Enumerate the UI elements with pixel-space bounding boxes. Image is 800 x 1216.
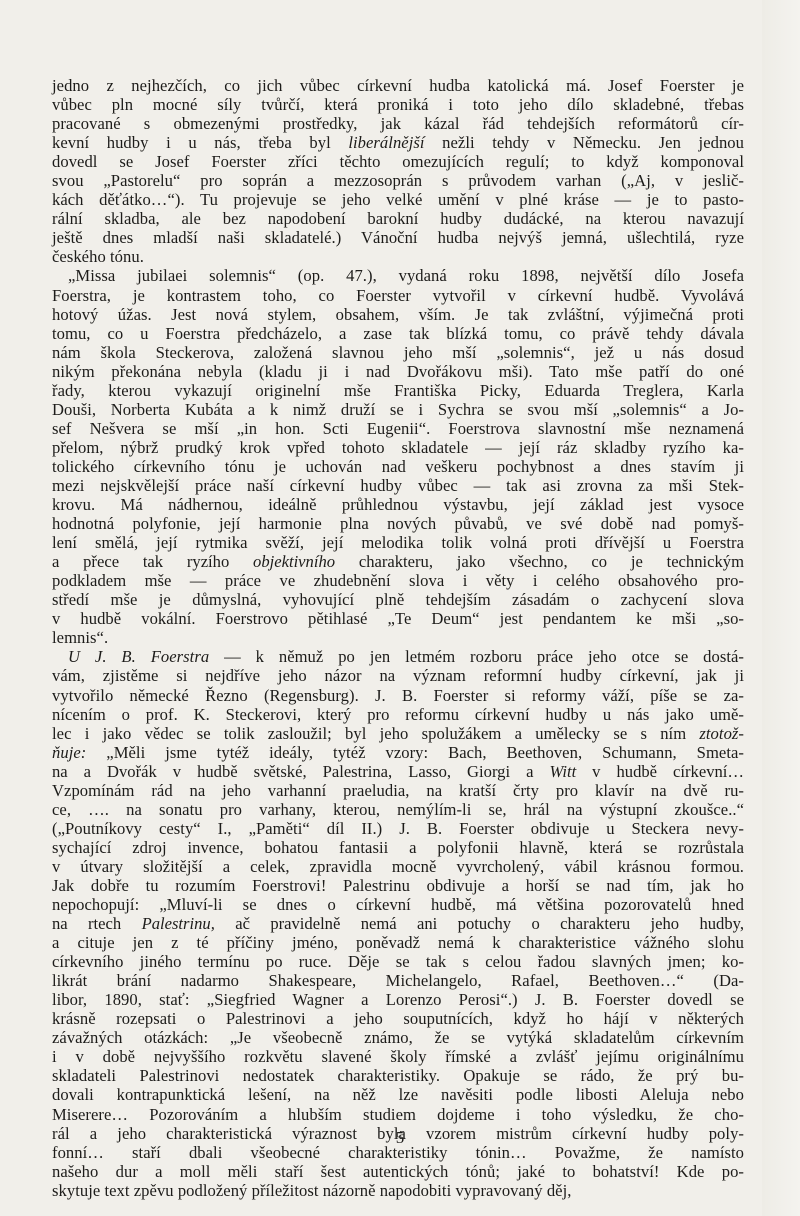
text-line: v útvary složitější a celek, zpravidla m… <box>52 857 744 876</box>
text-run: — k němuž po jen letmém rozboru práce je… <box>209 647 744 666</box>
text-line: („Poutníkovy cesty“ I., „Paměti“ díl II.… <box>52 819 744 838</box>
text-run: ještě dnes mladší naši skladatelé.) Váno… <box>52 228 744 247</box>
text-run: řady, kterou vykazují originelní mše Fra… <box>52 381 744 400</box>
text-run: na a Dvořák v hudbě světské, Palestrina,… <box>52 762 549 781</box>
text-line: mezi nejskvělejší práce naší církevní hu… <box>52 476 744 495</box>
text-run: Foerstra, je kontrastem toho, co Foerste… <box>52 286 744 305</box>
text-line: vytvořilo německé Řezno (Regensburg). J.… <box>52 686 744 705</box>
text-line: i v době nejvyššího rozkvětu slavené ško… <box>52 1047 744 1066</box>
text-run: církevního jiného termínu po ruce. Děje … <box>52 952 744 971</box>
paragraph-missa-jubilaei: „Missa jubilaei solemnis“ (op. 47.), vyd… <box>52 266 744 647</box>
text-line: závažných otázkách: „Je všeobecně známo,… <box>52 1028 744 1047</box>
text-run: lemnis“. <box>52 628 108 647</box>
text-run: ce, …. na sonatu pro varhany, kterou, ne… <box>52 800 744 819</box>
text-line: vůbec pln mocné síly tvůrčí, která proni… <box>52 95 744 114</box>
text-run: v útvary složitější a celek, zpravidla m… <box>52 857 744 876</box>
text-line: lemnis“. <box>52 628 744 647</box>
text-line: jedno z nejhezčích, co jich vůbec církev… <box>52 76 744 95</box>
text-line: středí mše je důmyslná, vyhovující plně … <box>52 590 744 609</box>
text-run: lec i jako vědec se tolik zasloužil; byl… <box>52 724 699 743</box>
text-line: ještě dnes mladší naši skladatelé.) Váno… <box>52 228 744 247</box>
text-line: rální skladba, ale bez napodobení barokn… <box>52 209 744 228</box>
text-run: Miserere… Pozorováním a hlubším studiem … <box>52 1105 744 1124</box>
text-run: jedno z nejhezčích, co jich vůbec církev… <box>52 76 744 95</box>
document-page-body: jedno z nejhezčích, co jich vůbec církev… <box>52 76 744 1200</box>
paragraph-j-b-foerster: U J. B. Foerstra — k němuž po jen letmém… <box>52 647 744 1199</box>
text-line: na rtech Palestrinu, ač pravidelně nemá … <box>52 914 744 933</box>
text-run: našeho dur a moll měli staří šest autent… <box>52 1162 744 1181</box>
text-run: Douši, Norberta Kubáta a k nimž druží se… <box>52 400 744 419</box>
text-run: nežli tehdy v Německu. Jen jednou <box>425 133 744 152</box>
text-run: mezi nejskvělejší práce naší církevní hu… <box>52 476 744 495</box>
text-line: hodnotná polyfonie, její harmonie plna n… <box>52 514 744 533</box>
text-run: závažných otázkách: „Je všeobecně známo,… <box>52 1028 744 1047</box>
text-line: hotový úžas. Jest nová stylem, obsahem, … <box>52 305 744 324</box>
text-line: tolického církevního tónu je uchován nad… <box>52 457 744 476</box>
text-line: krovu. Má nádhernou, ideálně průhlednou … <box>52 495 744 514</box>
text-line: podkladem mše — práce ve zhudebnění slov… <box>52 571 744 590</box>
text-line: pracované s obmezenými prostředky, jak k… <box>52 114 744 133</box>
text-run: tolického církevního tónu je uchován nad… <box>52 457 744 476</box>
text-run: skladateli Palestrinovi nedostatek chara… <box>52 1066 744 1085</box>
text-run: ač pravidelně nemá ani potuchy o charakt… <box>215 914 744 933</box>
text-line: nám škola Steckerova, založená slavnou j… <box>52 343 744 362</box>
text-line: svou „Pastorelu“ pro soprán a mezzosoprá… <box>52 171 744 190</box>
text-run: „Missa jubilaei solemnis“ (op. 47.), vyd… <box>68 266 744 285</box>
text-line: lení smělá, její rytmika svěží, její mel… <box>52 533 744 552</box>
text-line: krásně rozepsati o Palestrinovi a jeho s… <box>52 1009 744 1028</box>
text-line: v hudbě vokální. Foerstrovo pětihlasé „T… <box>52 609 744 628</box>
page-number: 5 <box>0 1128 800 1148</box>
text-run: nám škola Steckerova, založená slavnou j… <box>52 343 744 362</box>
text-line: nícením o prof. K. Steckerovi, který pro… <box>52 705 744 724</box>
italic-text: Witt <box>549 762 576 781</box>
text-run: lení smělá, její rytmika svěží, její mel… <box>52 533 744 552</box>
text-run: „Měli jsme tytéž ideály, tytéž vzory: Ba… <box>86 743 744 762</box>
text-run: dovali kontrapunktická lešení, na něž lz… <box>52 1085 744 1104</box>
italic-text: ztotož- <box>699 724 744 743</box>
text-line: dovedl se Josef Foerster zříci těchto om… <box>52 152 744 171</box>
text-run: libor, 1890, stať: „Siegfried Wagner a L… <box>52 990 744 1009</box>
text-line: a přece tak ryzího objektivního charakte… <box>52 552 744 571</box>
text-line: skladateli Palestrinovi nedostatek chara… <box>52 1066 744 1085</box>
italic-text: objektivního <box>253 552 335 571</box>
text-line: řady, kterou vykazují originelní mše Fra… <box>52 381 744 400</box>
text-line: kevní hudby i u nás, třeba byl liberálně… <box>52 133 744 152</box>
text-line: ce, …. na sonatu pro varhany, kterou, ne… <box>52 800 744 819</box>
text-run: („Poutníkovy cesty“ I., „Paměti“ díl II.… <box>52 819 744 838</box>
text-line: dovali kontrapunktická lešení, na něž lz… <box>52 1085 744 1104</box>
text-run: nikým překonána nebyla (kladu ji i nad D… <box>52 362 744 381</box>
text-run: krásně rozepsati o Palestrinovi a jeho s… <box>52 1009 744 1028</box>
text-run: podkladem mše — práce ve zhudebnění slov… <box>52 571 744 590</box>
text-line: nepochopují: „Mluví-li se dnes o církevn… <box>52 895 744 914</box>
text-line: a cituje jen z té příčiny jméno, poněvad… <box>52 933 744 952</box>
text-run: krovu. Má nádhernou, ideálně průhlednou … <box>52 495 744 514</box>
text-run: sef Nešvera se mší „in hon. Scti Eugenii… <box>52 419 744 438</box>
text-run: svou „Pastorelu“ pro soprán a mezzosoprá… <box>52 171 744 190</box>
scan-page-edge <box>762 0 800 1216</box>
text-run: vůbec pln mocné síly tvůrčí, která proni… <box>52 95 744 114</box>
text-run: v hudbě vokální. Foerstrovo pětihlasé „T… <box>52 609 744 628</box>
text-line: skytuje text zpěvu podložený příležitost… <box>52 1181 744 1200</box>
text-run: a cituje jen z té příčiny jméno, poněvad… <box>52 933 744 952</box>
text-line: Miserere… Pozorováním a hlubším studiem … <box>52 1105 744 1124</box>
text-line: sychající zdroj invence, bohatou fantasi… <box>52 838 744 857</box>
text-run: rální skladba, ale bez napodobení barokn… <box>52 209 744 228</box>
text-run: i v době nejvyššího rozkvětu slavené ško… <box>52 1047 744 1066</box>
text-run: dovedl se Josef Foerster zříci těchto om… <box>52 152 744 171</box>
text-line: U J. B. Foerstra — k němuž po jen letmém… <box>52 647 744 666</box>
text-line: lec i jako vědec se tolik zasloužil; byl… <box>52 724 744 743</box>
text-line: libor, 1890, stať: „Siegfried Wagner a L… <box>52 990 744 1009</box>
text-run: kách děťátko…“). Tu projevuje se jeho ve… <box>52 190 744 209</box>
text-run: českého tónu. <box>52 247 144 266</box>
text-run: středí mše je důmyslná, vyhovující plně … <box>52 590 744 609</box>
text-run: Vzpomínám rád na jeho varhanní praeludia… <box>52 781 744 800</box>
text-run: nepochopují: „Mluví-li se dnes o církevn… <box>52 895 744 914</box>
text-line: církevního jiného termínu po ruce. Děje … <box>52 952 744 971</box>
text-line: nikým překonána nebyla (kladu ji i nad D… <box>52 362 744 381</box>
text-run: v hudbě církevní… <box>576 762 744 781</box>
text-line: Vzpomínám rád na jeho varhanní praeludia… <box>52 781 744 800</box>
italic-text: liberálnější <box>348 133 424 152</box>
text-line: likrát brání nadarmo Shakespeare, Michel… <box>52 971 744 990</box>
text-run: skytuje text zpěvu podložený příležitost… <box>52 1181 571 1200</box>
text-run: vám, zjistěme si nejdříve jeho názor na … <box>52 666 744 685</box>
text-line: sef Nešvera se mší „in hon. Scti Eugenii… <box>52 419 744 438</box>
text-line: na a Dvořák v hudbě světské, Palestrina,… <box>52 762 744 781</box>
text-run: pracované s obmezenými prostředky, jak k… <box>52 114 744 133</box>
text-run: charakteru, jako všechno, co je technick… <box>335 552 744 571</box>
text-run: hodnotná polyfonie, její harmonie plna n… <box>52 514 744 533</box>
text-run: přelom, nýbrž prudký krok vpřed tohoto s… <box>52 438 744 457</box>
text-line: českého tónu. <box>52 247 744 266</box>
text-line: „Missa jubilaei solemnis“ (op. 47.), vyd… <box>52 266 744 285</box>
text-run: hotový úžas. Jest nová stylem, obsahem, … <box>52 305 744 324</box>
text-line: přelom, nýbrž prudký krok vpřed tohoto s… <box>52 438 744 457</box>
text-run: na rtech <box>52 914 142 933</box>
text-line: tomu, co u Foerstra předcházelo, a zase … <box>52 324 744 343</box>
text-run: vytvořilo německé Řezno (Regensburg). J.… <box>52 686 744 705</box>
text-line: Foerstra, je kontrastem toho, co Foerste… <box>52 286 744 305</box>
text-line: našeho dur a moll měli staří šest autent… <box>52 1162 744 1181</box>
text-run: nícením o prof. K. Steckerovi, který pro… <box>52 705 744 724</box>
text-run: sychající zdroj invence, bohatou fantasi… <box>52 838 744 857</box>
text-line: vám, zjistěme si nejdříve jeho názor na … <box>52 666 744 685</box>
italic-text: U J. B. Foerstra <box>68 647 209 666</box>
text-run: likrát brání nadarmo Shakespeare, Michel… <box>52 971 744 990</box>
italic-text: ňuje: <box>52 743 86 762</box>
text-line: Jak dobře tu rozumím Foerstrovi! Palestr… <box>52 876 744 895</box>
text-line: kách děťátko…“). Tu projevuje se jeho ve… <box>52 190 744 209</box>
text-run: tomu, co u Foerstra předcházelo, a zase … <box>52 324 744 343</box>
text-run: Jak dobře tu rozumím Foerstrovi! Palestr… <box>52 876 744 895</box>
text-run: a přece tak ryzího <box>52 552 253 571</box>
italic-text: Palestrinu, <box>142 914 215 933</box>
paragraph-josef-foerster-pastorela: jedno z nejhezčích, co jich vůbec církev… <box>52 76 744 266</box>
text-run: kevní hudby i u nás, třeba byl <box>52 133 348 152</box>
text-line: ňuje: „Měli jsme tytéž ideály, tytéž vzo… <box>52 743 744 762</box>
text-line: Douši, Norberta Kubáta a k nimž druží se… <box>52 400 744 419</box>
